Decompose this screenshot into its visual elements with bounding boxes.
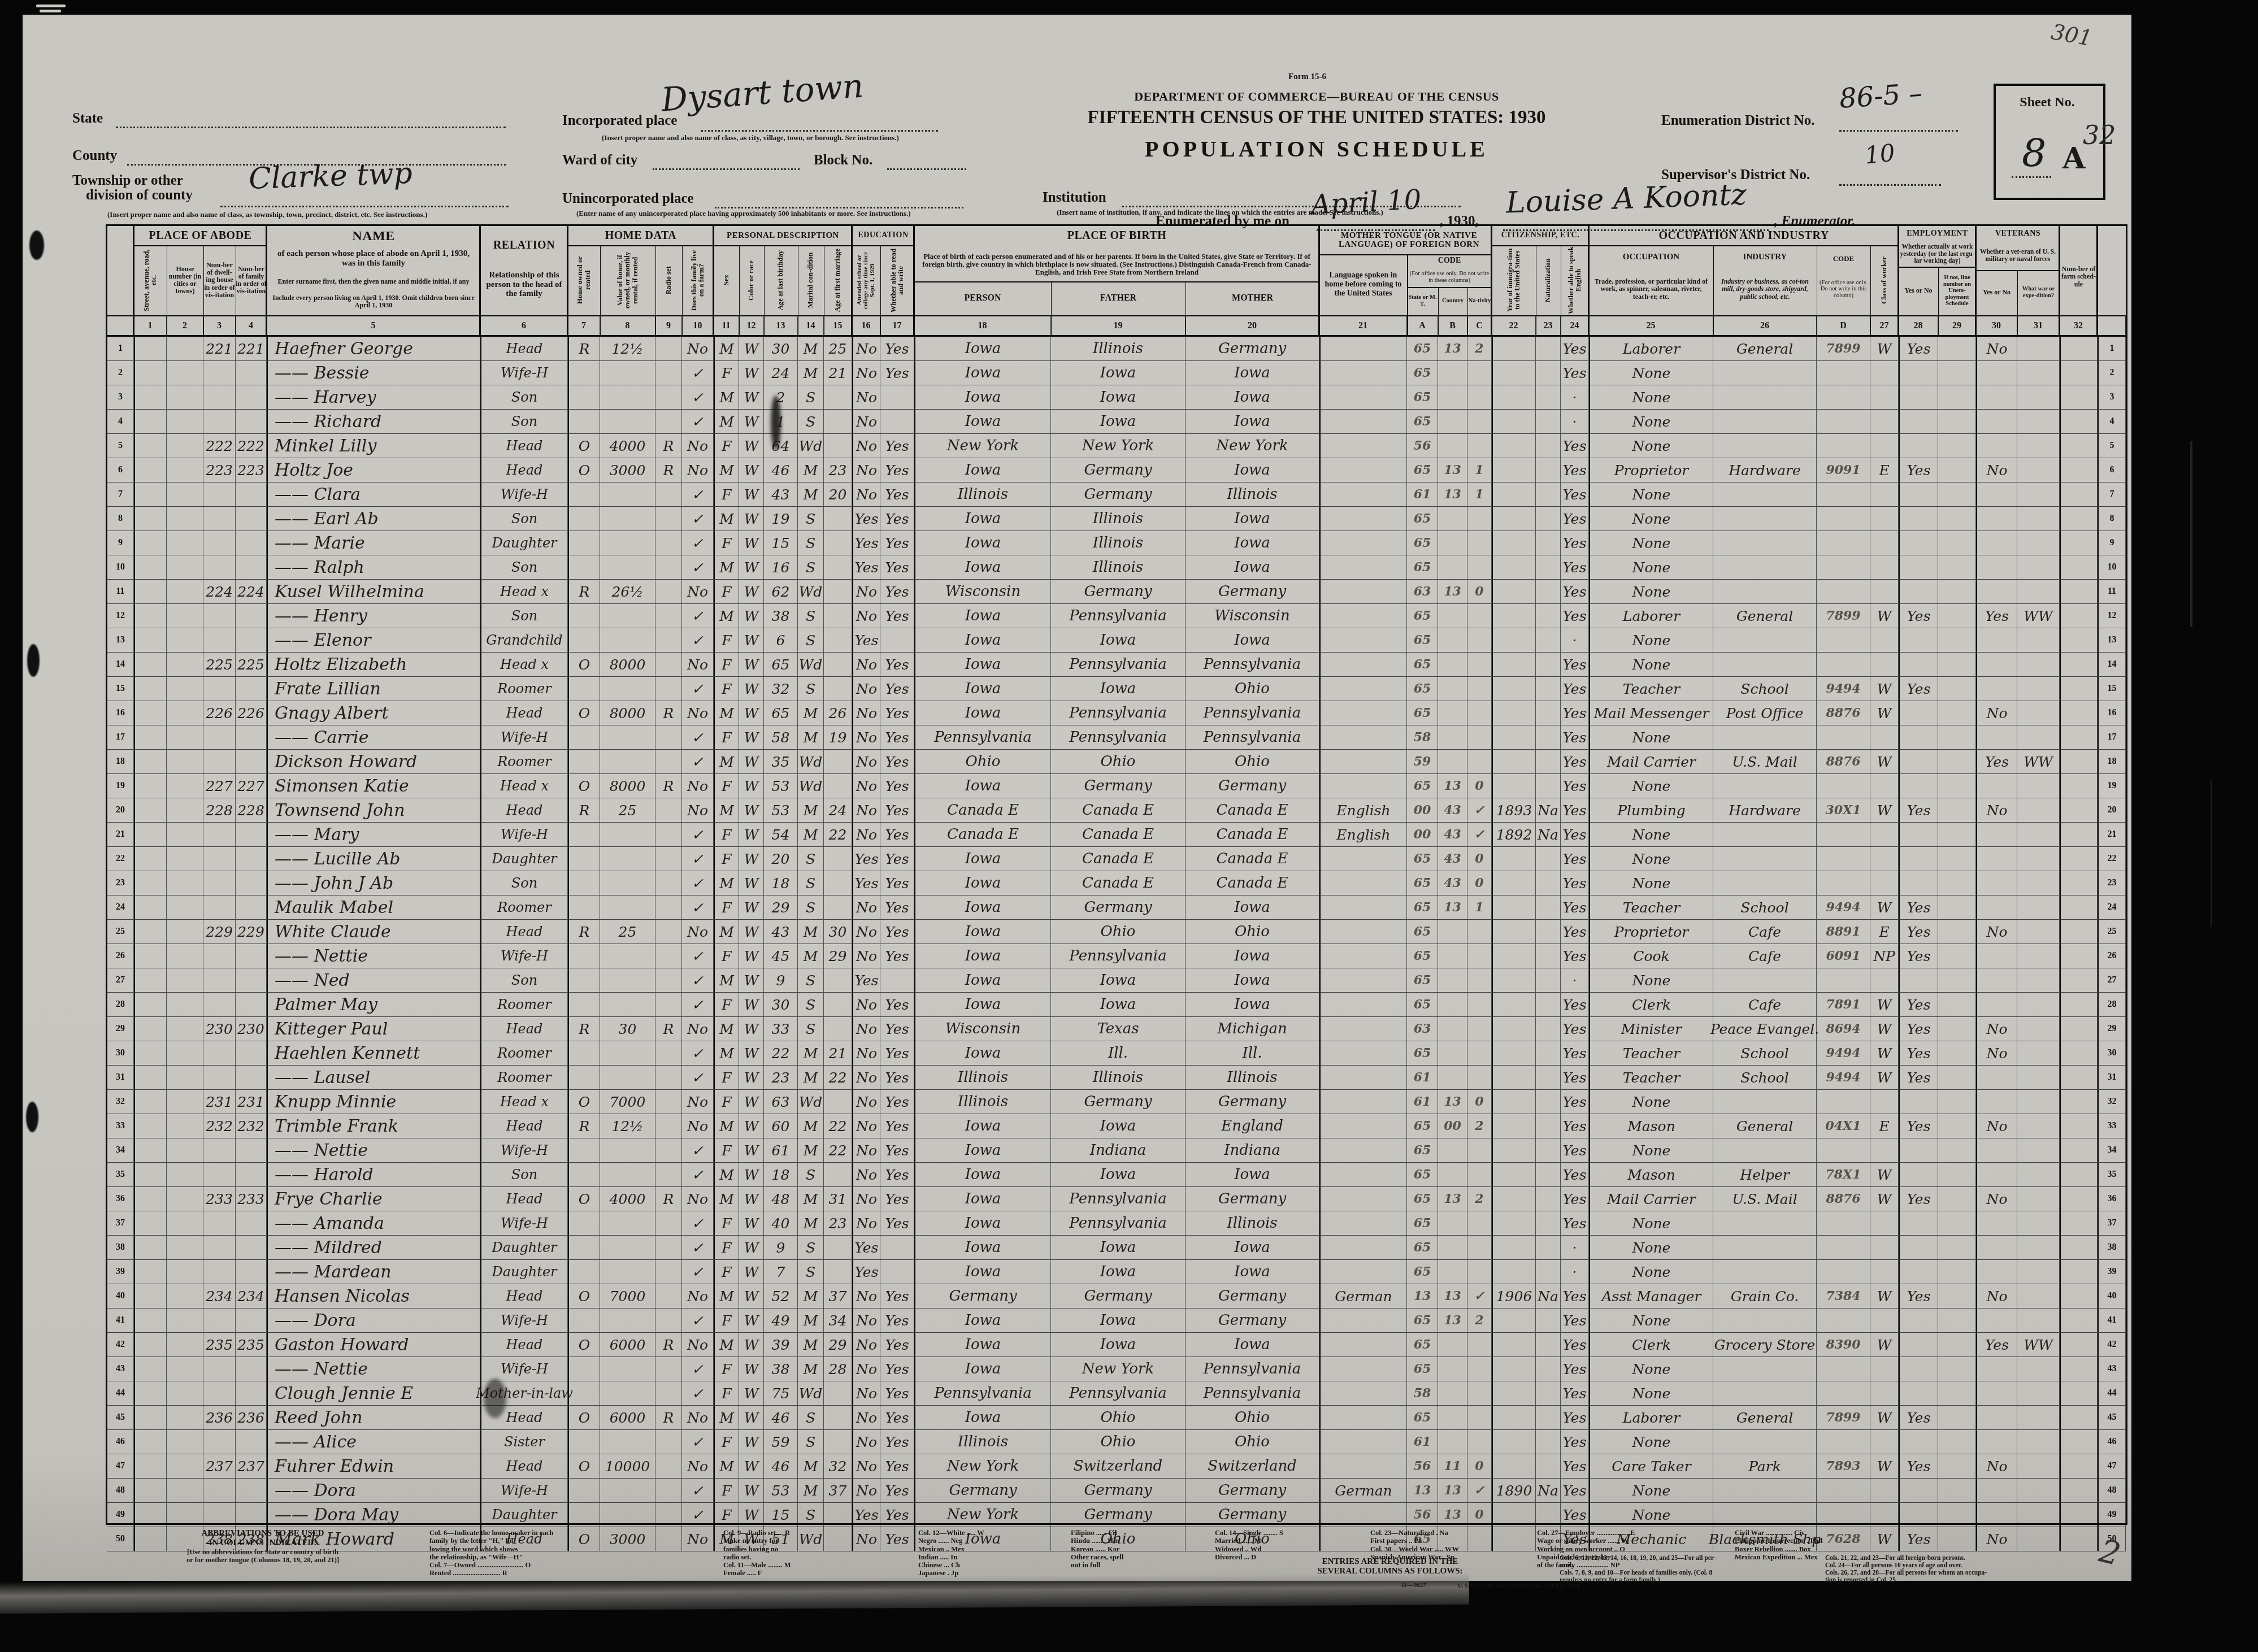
- cell-dwelling-number: [203, 944, 236, 968]
- cell-marital: M: [798, 798, 824, 823]
- line-number: 9: [2098, 531, 2126, 555]
- cell-tenure: [568, 1503, 600, 1527]
- cell-sex: M: [714, 604, 739, 628]
- cell-marital: M: [798, 725, 824, 750]
- cell-unemployment-line: [1938, 1308, 1976, 1333]
- cell-code-a: 61: [1407, 1066, 1438, 1090]
- group-personal: PERSONAL DESCRIPTION: [714, 226, 852, 245]
- line-number: 8: [107, 507, 134, 531]
- cell-street: [134, 1479, 167, 1503]
- cell-farm-schedule: [2060, 1066, 2098, 1090]
- cell-sex: F: [714, 823, 739, 847]
- cell-race: W: [739, 1381, 764, 1406]
- cell-radio: [655, 944, 682, 968]
- line-number: 47: [2098, 1454, 2126, 1479]
- cell-farm: ✓: [682, 823, 714, 847]
- cell-race: W: [739, 507, 764, 531]
- cell-worked-yesterday: [1899, 725, 1938, 750]
- col9-header: Radio set: [655, 246, 682, 314]
- cell-radio: [655, 1090, 682, 1114]
- cell-home-value: 12½: [600, 1114, 655, 1138]
- line-number: 20: [107, 798, 134, 823]
- cell-veteran: No: [1976, 1114, 2017, 1138]
- cell-age: 46: [764, 1406, 798, 1430]
- abbreviation-line: Chinese ... Ch: [918, 1561, 1065, 1569]
- cell-age-married: 37: [824, 1284, 852, 1308]
- cell-read-write: [880, 1236, 914, 1260]
- cell-code-a: 65: [1407, 968, 1438, 993]
- line-number: 39: [2098, 1260, 2126, 1284]
- cell-dwelling-number: [203, 1430, 236, 1454]
- cell-code-a: 65: [1407, 1114, 1438, 1138]
- col10-header: Does this family live on a farm?: [682, 246, 714, 314]
- cell-birthplace-mother: Illinois: [1186, 482, 1319, 507]
- cell-worked-yesterday: [1899, 555, 1938, 580]
- cell-marital: Wd: [798, 1381, 824, 1406]
- cell-tenure: [568, 482, 600, 507]
- cell-speaks-english: Yes: [1561, 1284, 1589, 1308]
- cell-relation: Roomer: [480, 750, 568, 774]
- cell-read-write: Yes: [880, 458, 914, 482]
- cell-read-write: Yes: [880, 823, 914, 847]
- cell-code-b: 13: [1438, 1479, 1467, 1503]
- cell-dwelling-number: 231: [203, 1090, 236, 1114]
- cell-sex: M: [714, 701, 739, 725]
- cell-radio: [655, 1211, 682, 1236]
- cell-code-b: [1438, 1066, 1467, 1090]
- cell-worker-class: [1870, 871, 1899, 895]
- cell-code-b: 43: [1438, 847, 1467, 871]
- cell-code-b: 43: [1438, 823, 1467, 847]
- cell-war: [2017, 1357, 2060, 1381]
- cell-birthplace-mother: Iowa: [1186, 944, 1319, 968]
- cell-war: [2017, 1406, 2060, 1430]
- cell-house-number: [167, 1308, 203, 1333]
- cell-read-write: Yes: [880, 993, 914, 1017]
- cell-home-value: [600, 1357, 655, 1381]
- cell-veteran: [1976, 1357, 2017, 1381]
- cell-war: [2017, 1260, 2060, 1284]
- cell-home-value: [600, 1163, 655, 1187]
- cell-occupation: None: [1589, 871, 1713, 895]
- cell-house-number: [167, 507, 203, 531]
- cell-relation: Roomer: [480, 677, 568, 701]
- cell-age: 35: [764, 750, 798, 774]
- cell-relation: Son: [480, 871, 568, 895]
- cell-radio: [655, 1430, 682, 1454]
- cell-industry: Helper: [1713, 1163, 1817, 1187]
- line-number: 10: [2098, 555, 2126, 580]
- cell-age-married: 19: [824, 725, 852, 750]
- cell-sex: F: [714, 580, 739, 604]
- cell-veteran: [1976, 1236, 2017, 1260]
- cell-industry: [1713, 847, 1817, 871]
- line-number: 14: [2098, 653, 2126, 677]
- line-number: 15: [107, 677, 134, 701]
- cell-relation: Son: [480, 968, 568, 993]
- cell-immigration-year: [1492, 604, 1536, 628]
- cell-birthplace-mother: Iowa: [1186, 410, 1319, 434]
- cell-age-married: 20: [824, 482, 852, 507]
- cell-home-value: [600, 1308, 655, 1333]
- cell-birthplace-father: Iowa: [1051, 385, 1186, 410]
- cell-code-c: [1467, 1406, 1492, 1430]
- cell-sex: F: [714, 531, 739, 555]
- cell-house-number: [167, 1357, 203, 1381]
- cell-veteran: Yes: [1976, 1333, 2017, 1357]
- cell-name: —— Clara: [267, 482, 480, 507]
- cell-code-d: [1817, 507, 1870, 531]
- cell-code-a: 65: [1407, 337, 1438, 361]
- cell-house-number: [167, 1284, 203, 1308]
- cell-house-number: [167, 920, 203, 944]
- cell-dwelling-number: [203, 1211, 236, 1236]
- cell-veteran: No: [1976, 920, 2017, 944]
- cell-worked-yesterday: [1899, 871, 1938, 895]
- line-number: 24: [107, 895, 134, 920]
- cell-speaks-english: Yes: [1561, 1187, 1589, 1211]
- cell-speaks-english: Yes: [1561, 604, 1589, 628]
- abbreviation-line: Col. 6—Indicate the home-maker in each: [429, 1529, 712, 1537]
- cell-code-c: [1467, 1017, 1492, 1041]
- cell-birthplace-father: Iowa: [1051, 677, 1186, 701]
- column-number: A: [1407, 315, 1438, 337]
- line-number: 21: [107, 823, 134, 847]
- cell-immigration-year: 1890: [1492, 1479, 1536, 1503]
- cell-sex: M: [714, 968, 739, 993]
- cell-immigration-year: [1492, 968, 1536, 993]
- line-number: 28: [2098, 993, 2126, 1017]
- cell-relation: Wife-H: [480, 944, 568, 968]
- cell-veteran: [1976, 944, 2017, 968]
- cell-occupation: None: [1589, 1430, 1713, 1454]
- cell-family-number: [236, 871, 267, 895]
- cell-farm-schedule: [2060, 410, 2098, 434]
- cell-worker-class: W: [1870, 337, 1899, 361]
- abbreviation-line: Col. 30—World War ..... WW: [1370, 1545, 1529, 1553]
- column-number: 5: [267, 315, 480, 337]
- cell-age: 1: [764, 410, 798, 434]
- abbreviation-line: out in full: [1071, 1561, 1212, 1569]
- cell-relation: Wife-H: [480, 725, 568, 750]
- cell-war: [2017, 555, 2060, 580]
- cell-code-b: [1438, 410, 1467, 434]
- cell-sex: M: [714, 337, 739, 361]
- cell-street: [134, 555, 167, 580]
- cell-war: [2017, 385, 2060, 410]
- cell-age: 43: [764, 482, 798, 507]
- cell-relation: Wife-H: [480, 1138, 568, 1163]
- cell-birthplace-person: New York: [914, 1503, 1051, 1527]
- line-number: 45: [107, 1406, 134, 1430]
- col32-header: Num-ber of farm sched-ule: [2060, 243, 2098, 311]
- cell-birthplace-person: Iowa: [914, 895, 1051, 920]
- cell-code-d: [1817, 774, 1870, 798]
- cell-radio: [655, 1163, 682, 1187]
- cell-unemployment-line: [1938, 847, 1976, 871]
- cell-speaks-english: Yes: [1561, 1138, 1589, 1163]
- cell-birthplace-father: Germany: [1051, 580, 1186, 604]
- cell-farm-schedule: [2060, 823, 2098, 847]
- cell-school: No: [852, 1211, 880, 1236]
- cell-language: [1319, 750, 1407, 774]
- cell-tenure: O: [568, 1187, 600, 1211]
- cell-street: [134, 1357, 167, 1381]
- cell-age: 19: [764, 507, 798, 531]
- cell-language: [1319, 1114, 1407, 1138]
- cell-occupation: Proprietor: [1589, 920, 1713, 944]
- enumerated-date: April 10: [1310, 184, 1422, 221]
- cell-age: 6: [764, 628, 798, 653]
- cell-industry: Peace Evangel.: [1713, 1017, 1817, 1041]
- cell-war: [2017, 653, 2060, 677]
- ward-label: Ward of city: [562, 153, 637, 168]
- cell-immigration-year: [1492, 1333, 1536, 1357]
- cell-code-a: 59: [1407, 750, 1438, 774]
- cell-street: [134, 653, 167, 677]
- cell-relation: Head: [480, 1114, 568, 1138]
- cell-school: No: [852, 604, 880, 628]
- cell-worker-class: W: [1870, 701, 1899, 725]
- cell-birthplace-person: Iowa: [914, 604, 1051, 628]
- cell-age-married: 26: [824, 701, 852, 725]
- cell-sex: F: [714, 944, 739, 968]
- cell-school: No: [852, 1357, 880, 1381]
- cell-farm: No: [682, 1454, 714, 1479]
- cell-family-number: [236, 823, 267, 847]
- cell-worker-class: W: [1870, 1406, 1899, 1430]
- cell-house-number: [167, 1236, 203, 1260]
- cell-unemployment-line: [1938, 1454, 1976, 1479]
- cell-relation: Head: [480, 1284, 568, 1308]
- cell-code-c: [1467, 628, 1492, 653]
- cell-speaks-english: Yes: [1561, 1381, 1589, 1406]
- cell-worker-class: [1870, 774, 1899, 798]
- cell-relation: Head: [480, 434, 568, 458]
- cell-immigration-year: [1492, 1211, 1536, 1236]
- line-number: 3: [107, 385, 134, 410]
- abbreviation-line: the relationship, as "Wife—H": [429, 1553, 712, 1561]
- cell-family-number: 231: [236, 1090, 267, 1114]
- cell-war: [2017, 1017, 2060, 1041]
- cell-code-b: 13: [1438, 458, 1467, 482]
- cell-speaks-english: Yes: [1561, 798, 1589, 823]
- cell-worked-yesterday: Yes: [1899, 604, 1938, 628]
- cell-race: W: [739, 823, 764, 847]
- cell-farm: No: [682, 1284, 714, 1308]
- cell-race: W: [739, 895, 764, 920]
- cell-age: 29: [764, 895, 798, 920]
- cell-read-write: Yes: [880, 361, 914, 385]
- cell-birthplace-mother: Michigan: [1186, 1017, 1319, 1041]
- cell-speaks-english: Yes: [1561, 750, 1589, 774]
- cell-read-write: Yes: [880, 1406, 914, 1430]
- cell-worker-class: [1870, 361, 1899, 385]
- cell-race: W: [739, 434, 764, 458]
- abbreviation-line: Col. 9—Radio set ... R: [723, 1529, 910, 1537]
- cell-relation: Wife-H: [480, 823, 568, 847]
- abbreviation-line: families having no: [723, 1545, 910, 1553]
- cell-house-number: [167, 774, 203, 798]
- cell-code-c: [1467, 750, 1492, 774]
- cell-birthplace-person: Iowa: [914, 410, 1051, 434]
- cell-immigration-year: [1492, 944, 1536, 968]
- cell-naturalization: [1536, 750, 1561, 774]
- cell-street: [134, 871, 167, 895]
- cell-language: [1319, 410, 1407, 434]
- population-schedule-table: PLACE OF ABODE NAME RELATION HOME DATA P…: [106, 224, 2127, 1525]
- abbreviation-line: Widowed .. Wd: [1215, 1545, 1362, 1553]
- cell-war: [2017, 1381, 2060, 1406]
- cell-unemployment-line: [1938, 920, 1976, 944]
- cell-radio: [655, 1381, 682, 1406]
- cell-immigration-year: [1492, 653, 1536, 677]
- cell-language: [1319, 1138, 1407, 1163]
- cell-farm-schedule: [2060, 1138, 2098, 1163]
- cell-occupation: Teacher: [1589, 1041, 1713, 1066]
- cell-farm: ✓: [682, 1503, 714, 1527]
- cell-birthplace-mother: Pennsylvania: [1186, 725, 1319, 750]
- cell-veteran: [1976, 653, 2017, 677]
- cell-name: Simonsen Katie: [267, 774, 480, 798]
- cell-veteran: [1976, 1430, 2017, 1454]
- cell-immigration-year: [1492, 1406, 1536, 1430]
- cell-worked-yesterday: [1899, 1308, 1938, 1333]
- cell-family-number: 226: [236, 701, 267, 725]
- cell-speaks-english: Yes: [1561, 993, 1589, 1017]
- cell-tenure: [568, 968, 600, 993]
- cell-radio: R: [655, 774, 682, 798]
- cell-street: [134, 628, 167, 653]
- cell-industry: Cafe: [1713, 920, 1817, 944]
- cell-name: Maulik Mabel: [267, 895, 480, 920]
- cell-code-d: [1817, 871, 1870, 895]
- cell-farm: ✓: [682, 993, 714, 1017]
- entries-note-line: Cols. 6, 11, 12, 13, 14, 16, 18, 19, 20,…: [1560, 1555, 1716, 1562]
- rule: [1899, 267, 1976, 268]
- column-number-row: 123456789101112131415161718192021ABC2223…: [107, 315, 2126, 337]
- line-number: 13: [2098, 628, 2126, 653]
- cell-unemployment-line: [1938, 1236, 1976, 1260]
- cell-birthplace-father: Germany: [1051, 1090, 1186, 1114]
- cell-sex: M: [714, 1454, 739, 1479]
- cell-speaks-english: Yes: [1561, 1114, 1589, 1138]
- cell-veteran: [1976, 725, 2017, 750]
- cell-industry: U.S. Mail: [1713, 1187, 1817, 1211]
- cell-age: 30: [764, 993, 798, 1017]
- cell-race: W: [739, 482, 764, 507]
- cell-family-number: 235: [236, 1333, 267, 1357]
- cell-birthplace-mother: Iowa: [1186, 385, 1319, 410]
- cell-farm: No: [682, 1114, 714, 1138]
- col16-header: Attended school or college any time sinc…: [852, 246, 880, 314]
- cell-house-number: [167, 531, 203, 555]
- cell-age-married: 31: [824, 1187, 852, 1211]
- cell-home-value: 8000: [600, 774, 655, 798]
- cell-worker-class: [1870, 482, 1899, 507]
- cell-marital: S: [798, 1503, 824, 1527]
- cell-age: 39: [764, 1333, 798, 1357]
- line-number: 24: [2098, 895, 2126, 920]
- cell-name: —— Lucille Ab: [267, 847, 480, 871]
- line-number: 40: [2098, 1284, 2126, 1308]
- codeD-title: CODE: [1817, 253, 1870, 264]
- group-employment: EMPLOYMENT: [1899, 226, 1976, 242]
- cell-code-a: 65: [1407, 531, 1438, 555]
- cell-code-c: 0: [1467, 847, 1492, 871]
- cell-race: W: [739, 1138, 764, 1163]
- cell-race: W: [739, 993, 764, 1017]
- cell-code-b: [1438, 944, 1467, 968]
- cell-code-b: 00: [1438, 1114, 1467, 1138]
- entries-note-1: Cols. 6, 11, 12, 13, 14, 16, 18, 19, 20,…: [1560, 1555, 1716, 1584]
- cell-veteran: No: [1976, 337, 2017, 361]
- cell-relation: Wife-H: [480, 361, 568, 385]
- name-desc-2: Enter surname first, then the given name…: [270, 273, 477, 290]
- cell-relation: Head x: [480, 774, 568, 798]
- cell-age-married: [824, 1406, 852, 1430]
- cell-immigration-year: [1492, 1503, 1536, 1527]
- cell-veteran: [1976, 482, 2017, 507]
- col14-header: Marital con-dition: [798, 246, 824, 314]
- cell-relation: Daughter: [480, 1503, 568, 1527]
- cell-dwelling-number: [203, 628, 236, 653]
- line-number: 6: [107, 458, 134, 482]
- line-number: 17: [2098, 725, 2126, 750]
- cell-speaks-english: Yes: [1561, 1333, 1589, 1357]
- cell-farm: No: [682, 774, 714, 798]
- cell-home-value: 12½: [600, 337, 655, 361]
- cell-naturalization: [1536, 507, 1561, 531]
- cell-code-c: 2: [1467, 1187, 1492, 1211]
- cell-house-number: [167, 1454, 203, 1479]
- cell-birthplace-mother: Iowa: [1186, 361, 1319, 385]
- cell-house-number: [167, 1187, 203, 1211]
- cell-read-write: Yes: [880, 701, 914, 725]
- cell-birthplace-father: Iowa: [1051, 410, 1186, 434]
- line-number: 28: [107, 993, 134, 1017]
- group-citizenship: CITIZENSHIP, ETC.: [1492, 226, 1589, 245]
- cell-age: 38: [764, 1357, 798, 1381]
- cell-name: Reed John: [267, 1406, 480, 1430]
- cell-code-a: 65: [1407, 1138, 1438, 1163]
- cell-war: [2017, 968, 2060, 993]
- cell-race: W: [739, 410, 764, 434]
- cell-street: [134, 1454, 167, 1479]
- cell-unemployment-line: [1938, 1406, 1976, 1430]
- cell-tenure: [568, 847, 600, 871]
- cell-name: —— Mardean: [267, 1260, 480, 1284]
- cell-home-value: [600, 410, 655, 434]
- cell-birthplace-mother: Pennsylvania: [1186, 701, 1319, 725]
- cell-dwelling-number: [203, 677, 236, 701]
- cell-farm: ✓: [682, 1430, 714, 1454]
- cell-veteran: Yes: [1976, 750, 2017, 774]
- line-number: 2: [107, 361, 134, 385]
- cell-war: [2017, 531, 2060, 555]
- cell-family-number: [236, 555, 267, 580]
- cell-worked-yesterday: [1899, 1260, 1938, 1284]
- cell-race: W: [739, 1211, 764, 1236]
- cell-relation: Wife-H: [480, 1357, 568, 1381]
- cell-farm: ✓: [682, 604, 714, 628]
- cell-school: No: [852, 653, 880, 677]
- cell-age: 9: [764, 968, 798, 993]
- occ-title: OCCUPATION: [1589, 251, 1713, 263]
- cell-race: W: [739, 580, 764, 604]
- cell-naturalization: [1536, 361, 1561, 385]
- cell-unemployment-line: [1938, 1138, 1976, 1163]
